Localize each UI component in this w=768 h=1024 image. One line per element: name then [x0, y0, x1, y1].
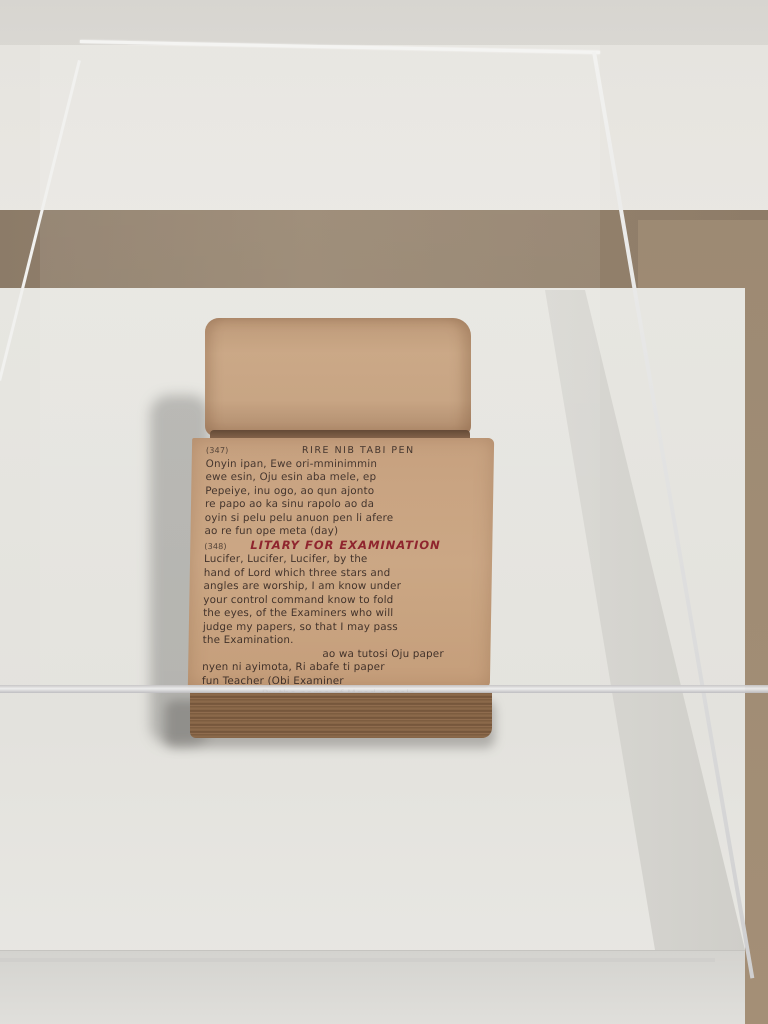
text-line: judge my papers, so that I may pass: [203, 621, 481, 635]
acrylic-case-bottom-edge: [0, 958, 715, 962]
text-line: nyen ni ayimota, Ri abafe ti paper: [202, 661, 480, 675]
text-line: oyin si pelu pelu anuon pen li afere: [205, 512, 483, 526]
text-line: your control command know to fold: [203, 594, 481, 608]
text-line: angles are worship, I am know under: [203, 580, 481, 594]
entry-title: RIRE NIB TABI PEN: [302, 445, 415, 456]
entry-title-red: LITARY FOR EXAMINATION: [250, 538, 441, 552]
entry-number: (347): [206, 446, 229, 455]
acrylic-case-front-edge: [0, 685, 768, 693]
text-line: ewe esin, Oju esin aba mele, ep: [205, 471, 483, 485]
notebook-page: (347) RIRE NIB TABI PEN Onyin ipan, Ewe …: [188, 438, 494, 688]
text-line: hand of Lord which three stars and: [204, 567, 482, 581]
text-line: ao re fun ope meta (day): [204, 525, 482, 539]
wall-panel: [0, 45, 768, 225]
text-line: the Examination.: [203, 634, 481, 648]
text-line: re papo ao ka sinu rapolo ao da: [205, 498, 483, 512]
text-line: Pepeiye, inu ogo, ao qun ajonto: [205, 485, 483, 499]
photo-scene: (347) RIRE NIB TABI PEN Onyin ipan, Ewe …: [0, 0, 768, 1024]
notebook-rolled-page: [205, 318, 471, 436]
text-line: Lucifer, Lucifer, Lucifer, by the: [204, 553, 482, 567]
text-line: ao wa tutosi Oju paper: [202, 648, 480, 662]
entry-347: (347) RIRE NIB TABI PEN Onyin ipan, Ewe …: [204, 444, 484, 539]
entry-number: (348): [204, 542, 227, 551]
text-line: the eyes, of the Examiners who will: [203, 607, 481, 621]
text-line: Onyin ipan, Ewe ori-mminimmin: [206, 458, 484, 472]
notebook-page-edges: [190, 692, 492, 738]
